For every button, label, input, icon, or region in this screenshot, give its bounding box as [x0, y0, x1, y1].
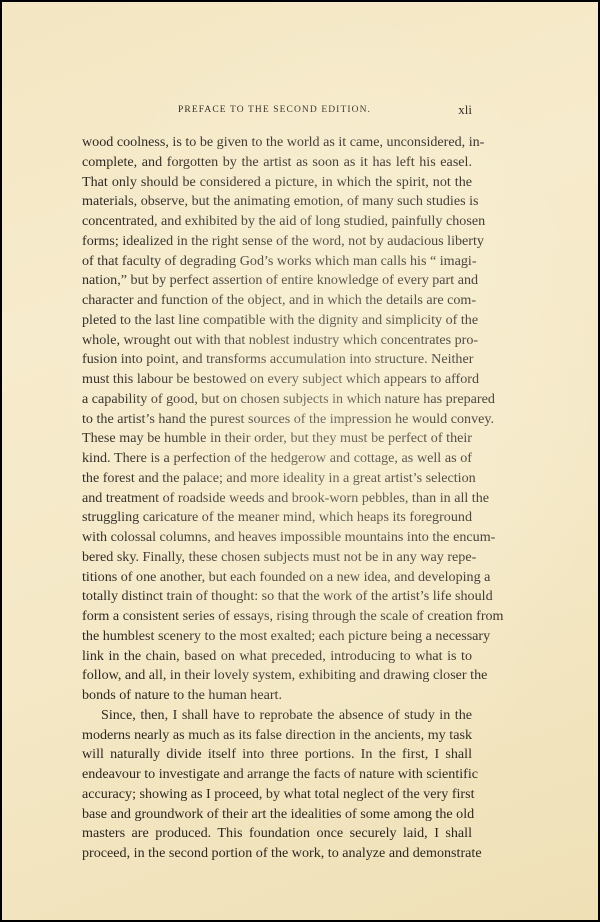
text-line: will naturally divide itself into three … [82, 745, 472, 765]
text-line: endeavour to investigate and arrange the… [82, 765, 472, 785]
text-line: concentrated, and exhibited by the aid o… [82, 212, 472, 232]
text-line: with colossal columns, and heaves imposs… [82, 528, 472, 548]
text-line: fusion into point, and transforms accumu… [82, 350, 472, 370]
text-line: proceed, in the second portion of the wo… [82, 844, 472, 864]
text-line: base and groundwork of their art the ide… [82, 805, 472, 825]
text-line: These may be humble in their order, but … [82, 429, 472, 449]
text-line: That only should be considered a picture… [82, 173, 472, 193]
text-line: follow, and all, in their lovely system,… [82, 666, 472, 686]
text-line: materials, observe, but the animating em… [82, 192, 472, 212]
text-line: complete, and forgotten by the artist as… [82, 153, 472, 173]
paragraph-2: Since, then, I shall have to reprobate t… [82, 706, 472, 864]
text-line: link in the chain, based on what precede… [82, 647, 472, 667]
scanned-book-page: PREFACE TO THE SECOND EDITION. xli wood … [2, 2, 598, 920]
running-head: PREFACE TO THE SECOND EDITION. xli [82, 105, 472, 121]
page-number: xli [458, 102, 472, 118]
text-line: titions of one another, but each founded… [82, 568, 472, 588]
text-line: the humblest scenery to the most exalted… [82, 627, 472, 647]
text-line: character and function of the object, an… [82, 291, 472, 311]
text-line: to the artist’s hand the purest sources … [82, 410, 472, 430]
paragraph-1: wood coolness, is to be given to the wor… [82, 133, 472, 706]
text-line: form a consistent series of essays, risi… [82, 607, 472, 627]
text-line: must this labour be bestowed on every su… [82, 370, 472, 390]
text-line: pleted to the last line compatible with … [82, 311, 472, 331]
text-line: a capability of good, but on chosen subj… [82, 390, 472, 410]
text-line: struggling caricature of the meaner mind… [82, 508, 472, 528]
text-line: masters are produced. This foundation on… [82, 824, 472, 844]
text-line: bonds of nature to the human heart. [82, 686, 472, 706]
text-line: forms; idealized in the right sense of t… [82, 232, 472, 252]
body-text: wood coolness, is to be given to the wor… [82, 133, 472, 864]
text-line: accuracy; showing as I proceed, by what … [82, 785, 472, 805]
text-line: bered sky. Finally, these chosen subject… [82, 548, 472, 568]
running-title: PREFACE TO THE SECOND EDITION. [178, 105, 371, 115]
text-line: and treatment of roadside weeds and broo… [82, 489, 472, 509]
text-line: totally distinct train of thought: so th… [82, 587, 472, 607]
text-line: whole, wrought out with that noblest ind… [82, 331, 472, 351]
text-line: kind. There is a perfection of the hedge… [82, 449, 472, 469]
text-line: wood coolness, is to be given to the wor… [82, 133, 472, 153]
text-line: moderns nearly as much as its false dire… [82, 726, 472, 746]
text-line: the forest and the palace; and more idea… [82, 469, 472, 489]
text-line: Since, then, I shall have to reprobate t… [82, 706, 472, 726]
text-line: nation,” but by perfect assertion of ent… [82, 271, 472, 291]
text-line: of that faculty of degrading God’s works… [82, 252, 472, 272]
